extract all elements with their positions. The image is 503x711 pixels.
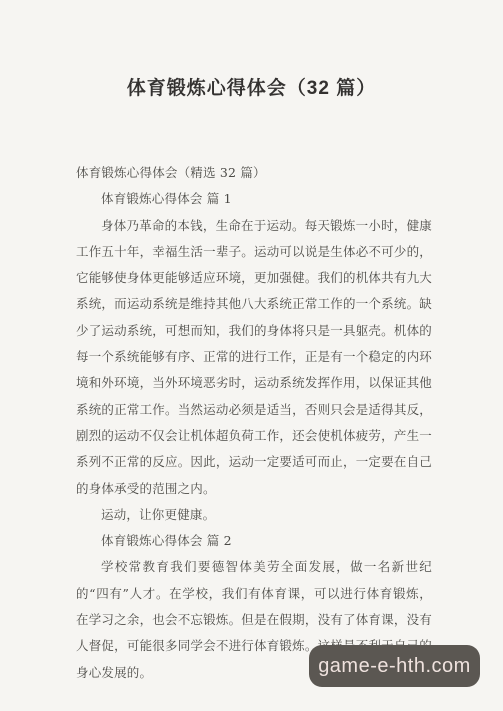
watermark-text: game-e-hth.com <box>318 655 471 678</box>
document-page: 体育锻炼心得体会（32 篇） 体育锻炼心得体会（精选 32 篇） 体育锻炼心得体… <box>0 0 503 711</box>
collection-heading: 体育锻炼心得体会（精选 32 篇） <box>76 160 432 186</box>
document-body: 体育锻炼心得体会（精选 32 篇） 体育锻炼心得体会 篇 1 身体乃革命的本钱，… <box>76 160 432 686</box>
paragraph: 运动，让你更健康。 <box>76 502 432 528</box>
section-1-heading: 体育锻炼心得体会 篇 1 <box>76 186 432 212</box>
document-title: 体育锻炼心得体会（32 篇） <box>0 77 503 101</box>
section-2-heading: 体育锻炼心得体会 篇 2 <box>76 528 432 554</box>
paragraph: 身体乃革命的本钱，生命在于运动。每天锻炼一小时，健康工作五十年，幸福生活一辈子。… <box>76 213 432 502</box>
watermark-badge: game-e-hth.com <box>309 645 480 687</box>
